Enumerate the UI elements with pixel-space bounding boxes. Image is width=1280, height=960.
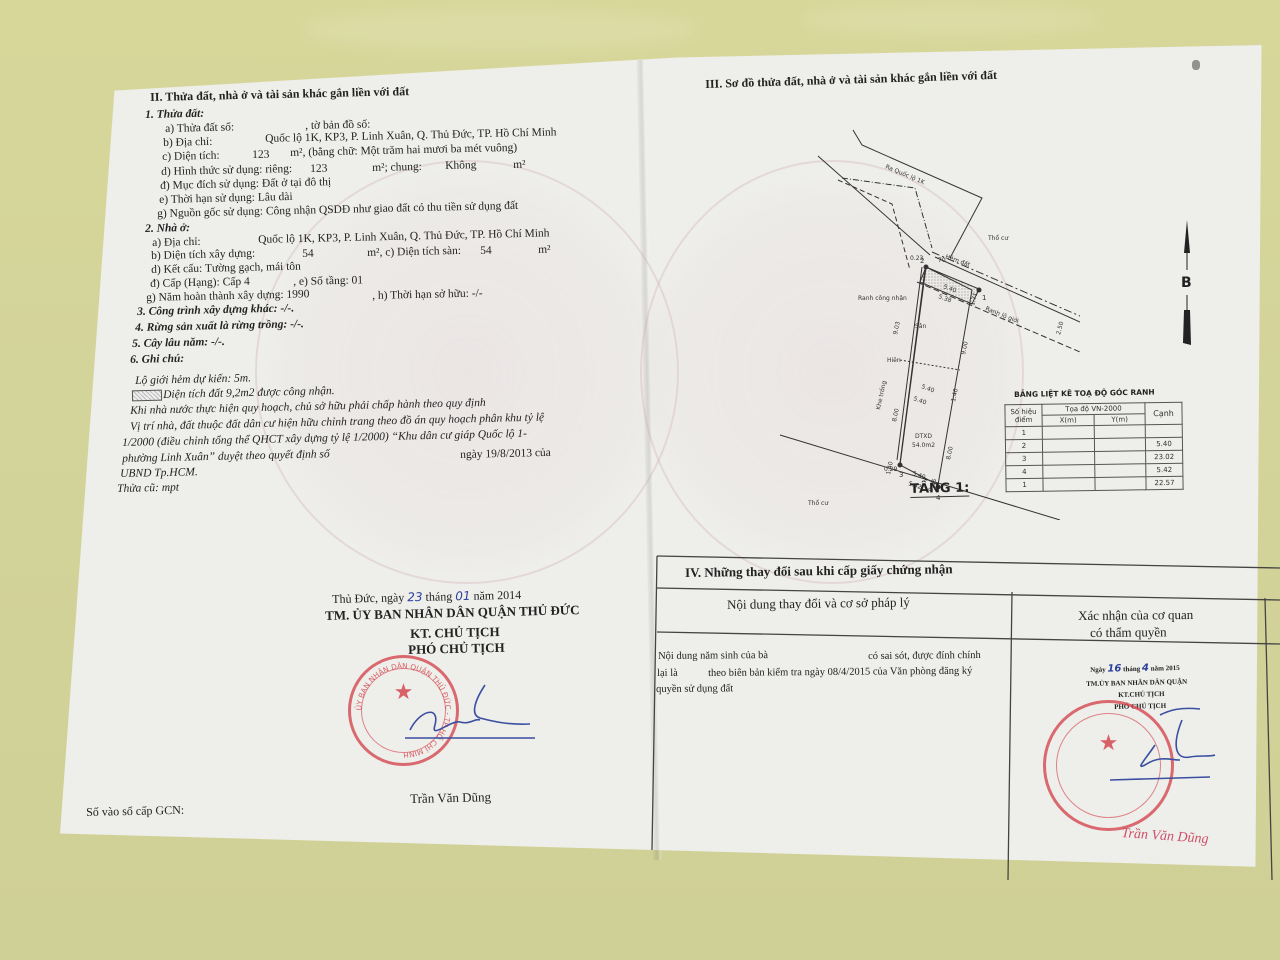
north-arrow-icon: B	[1175, 215, 1200, 350]
signing-kt: KT. CHỦ TỊCH	[410, 625, 500, 641]
note-line: ngày 19/8/2013 của	[460, 446, 551, 462]
change-content-2a: lại là	[657, 667, 678, 681]
svg-text:Ranh công nhận: Ranh công nhận	[858, 295, 907, 302]
house-ownership-term: , h) Thời hạn sở hữu: -/-	[372, 286, 483, 303]
svg-text:DTXD: DTXD	[915, 433, 932, 440]
svg-text:Thổ cư: Thổ cư	[807, 500, 829, 507]
svg-text:Thổ cư: Thổ cư	[987, 235, 1009, 242]
house-heading: 2. Nhà ở:	[145, 221, 190, 236]
hatched-area-legend	[132, 390, 162, 402]
coord-table-title: BẢNG LIỆT KÊ TOẠ ĐỘ GÓC RANH	[1014, 386, 1155, 402]
svg-text:9.00: 9.00	[960, 341, 970, 356]
year-label: năm	[473, 588, 494, 602]
changes-col-content: Nội dung thay đổi và cơ sở pháp lý	[727, 595, 910, 612]
note-line: UBND Tp.HCM.	[120, 465, 198, 481]
usage-common-value: Không	[445, 158, 477, 173]
change-content-1b: có sai sót, được đính chính	[868, 649, 981, 664]
registry-label: Số vào sổ cấp GCN:	[86, 803, 184, 819]
svg-text:1.40: 1.40	[950, 388, 960, 403]
changes-col-confirm-1: Xác nhận của cơ quan	[1078, 608, 1193, 623]
land-area-label: c) Diện tích:	[162, 149, 220, 164]
signer-name: Trần Văn Dũng	[410, 790, 491, 806]
floor-label: TẦNG 1:	[910, 481, 970, 498]
signing-title: PHÓ CHỦ TỊCH	[408, 641, 505, 657]
col-x: X(m)	[1042, 414, 1094, 426]
change-content-3: quyền sử dụng đất	[656, 682, 733, 697]
svg-text:5.40: 5.40	[920, 383, 935, 394]
svg-text:2: 2	[920, 257, 924, 265]
coord-table: Số hiệu điểm Tọa độ VN-2000 Cạnh X(m) Y(…	[1004, 402, 1183, 492]
svg-text:54.0m2: 54.0m2	[912, 442, 935, 449]
svg-text:Ra Quốc lộ 1K: Ra Quốc lộ 1K	[884, 163, 926, 186]
col-point: Số hiệu điểm	[1005, 404, 1042, 427]
col-edge: Cạnh	[1145, 402, 1182, 425]
svg-text:B: B	[1181, 275, 1192, 291]
floor-area-value: 54	[480, 244, 492, 258]
svg-text:3: 3	[899, 471, 903, 479]
perennial: 5. Cây lâu năm: -/-.	[132, 335, 225, 351]
parcel-no-label: a) Thửa đất số:	[165, 120, 234, 136]
usage-private-value: 123	[310, 162, 328, 176]
floor-area-label: m², c) Diện tích sàn:	[367, 244, 461, 260]
land-area-value: 123	[252, 148, 270, 162]
svg-text:70: 70	[938, 257, 946, 264]
svg-text:9.03: 9.03	[892, 321, 902, 336]
build-area-value: 54	[302, 247, 314, 261]
date-year: 2014	[497, 588, 521, 603]
svg-text:2.50: 2.50	[1055, 321, 1065, 336]
svg-text:Hẻm đất: Hẻm đất	[944, 253, 971, 269]
note-line: Thửa cũ: mpt	[117, 481, 179, 496]
svg-text:8.00: 8.00	[945, 446, 955, 461]
usage-unit: m²	[513, 158, 526, 172]
svg-text:Khe trống: Khe trống	[875, 380, 888, 410]
table-row: 122.57	[1006, 476, 1183, 491]
svg-text:0.29: 0.29	[884, 466, 898, 473]
date-month: 01	[455, 589, 471, 603]
ink-mark	[1192, 60, 1200, 70]
change-content-2b: theo biên bản kiểm tra ngày 08/4/2015 củ…	[708, 665, 972, 681]
svg-text:5.40: 5.40	[911, 470, 926, 481]
date-prefix: Thủ Đức, ngày	[332, 590, 404, 606]
land-address-label: b) Địa chỉ:	[163, 135, 212, 150]
col-y: Y(m)	[1094, 414, 1145, 426]
usage-common-label: m²; chung:	[372, 160, 422, 175]
svg-text:1: 1	[982, 294, 986, 302]
svg-text:5.40: 5.40	[912, 395, 927, 406]
notes-heading: 6. Ghi chú:	[130, 352, 184, 367]
date-day: 23	[407, 590, 423, 604]
month-label: tháng	[425, 589, 452, 604]
svg-text:Sân: Sân	[915, 323, 926, 330]
change-content-1a: Nội dung năm sinh của bà	[658, 649, 768, 664]
land-heading: 1. Thửa đất:	[145, 107, 204, 122]
changes-col-confirm-2: có thẩm quyền	[1090, 625, 1167, 640]
svg-text:Hiên: Hiên	[887, 357, 901, 364]
floor-area-unit: m²	[538, 243, 551, 257]
watermark-emblem-left	[255, 160, 679, 584]
svg-text:Ranh lộ giới: Ranh lộ giới	[984, 305, 1020, 325]
svg-text:8.00: 8.00	[891, 408, 901, 423]
signature-confirm	[1100, 705, 1220, 790]
signature	[400, 680, 540, 750]
